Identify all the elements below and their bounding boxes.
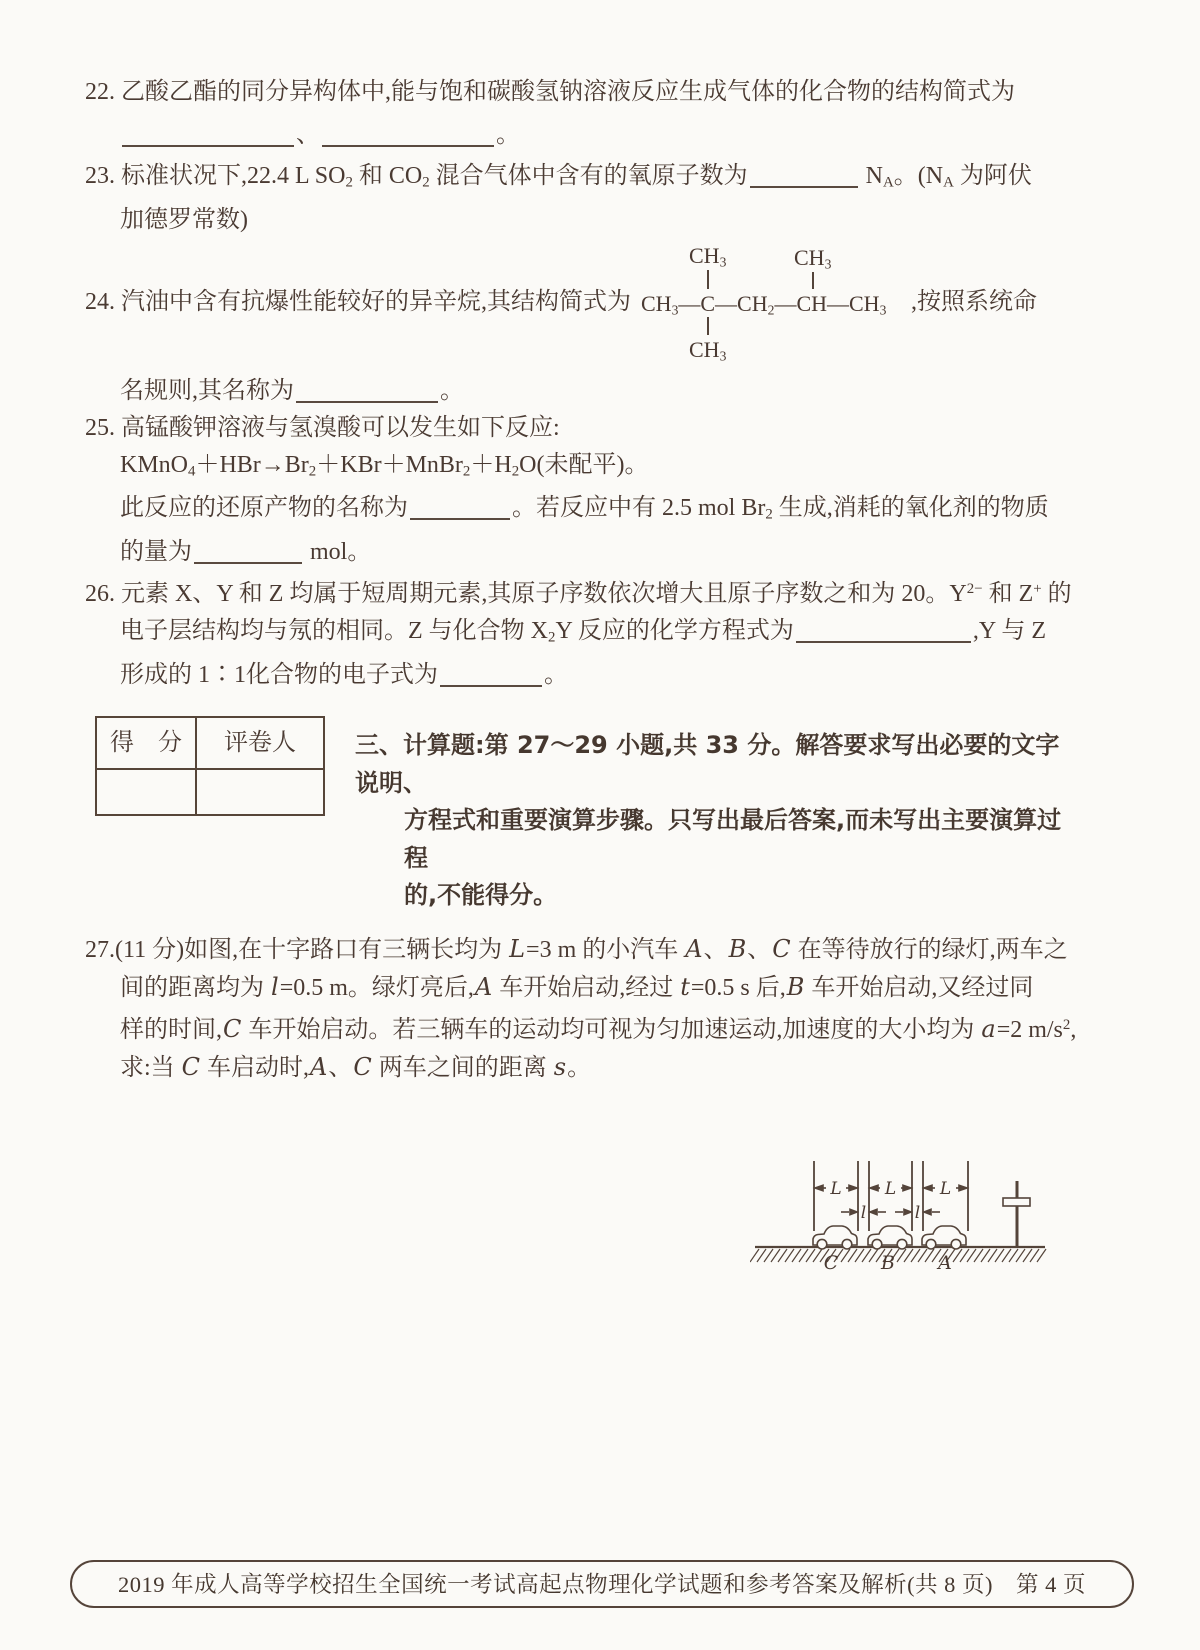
question-25-line-1: 25. 高锰酸钾溶液与氢溴酸可以发生如下反应: xyxy=(85,410,1125,447)
question-27-line-3: 样的时间,C 车开始启动。若三辆车的运动均可视为匀加速运动,加速度的大小均为 a… xyxy=(85,1007,1125,1049)
score-box: 得 分 评卷人 xyxy=(95,716,325,816)
length-labels: L L L xyxy=(829,1179,951,1199)
length-label: L xyxy=(884,1179,896,1199)
answer-blank xyxy=(750,181,858,188)
answer-blank xyxy=(296,396,438,403)
answer-blank xyxy=(796,636,971,643)
isooctane-formula: CH3 CH3 CH3—C—CH2—CH—CH3 CH3 xyxy=(641,245,901,361)
question-24-line-1: 24. 汽油中含有抗爆性能较好的异辛烷,其结构简式为 CH3 CH3 CH3—C… xyxy=(85,233,1125,373)
section-3-header: 三、计算题:第 27～29 小题,共 33 分。解答要求写出必要的文字说明、 方… xyxy=(355,727,1075,915)
question-24-text-before: 24. 汽油中含有抗爆性能较好的异辛烷,其结构简式为 xyxy=(85,284,631,321)
length-label: L xyxy=(939,1179,951,1199)
car-a-icon xyxy=(922,1226,966,1249)
question-22-answer-blanks: 、。 xyxy=(85,117,1125,154)
question-25-line-3: 此反应的还原产物的名称为。若反应中有 2.5 mol Br2 生成,消耗的氧化剂… xyxy=(85,490,1125,534)
question-27: 27.(11 分)如图,在十字路口有三辆长均为 L=3 m 的小汽车 A、B、C… xyxy=(85,931,1125,1087)
question-26-line-3: 形成的 1∶1化合物的电子式为。 xyxy=(85,657,1125,694)
section-3-header-line: 的,不能得分。 xyxy=(355,877,1075,915)
formula-main-chain: CH3—C—CH2—CH—CH3 xyxy=(641,293,886,317)
reaction-equation: KMnO4＋HBr→Br2＋KBr＋MnBr2＋H2O(未配平)。 xyxy=(85,447,1125,491)
question-23: 23. 标准状况下,22.4 L SO2 和 CO2 混合气体中含有的氧原子数为… xyxy=(85,158,1125,239)
question-25: 25. 高锰酸钾溶液与氢溴酸可以发生如下反应: KMnO4＋HBr→Br2＋KB… xyxy=(85,410,1125,571)
length-label: L xyxy=(829,1179,841,1199)
page-footer: 2019 年成人高等学校招生全国统一考试高起点物理化学试题和参考答案及解析(共 … xyxy=(70,1560,1134,1608)
section-3-header-line: 方程式和重要演算步骤。只写出最后答案,而未写出主要演算过程 xyxy=(355,802,1075,877)
bond-line xyxy=(812,272,814,289)
question-22: 22. 乙酸乙酯的同分异构体中,能与饱和碳酸氢钠溶液反应生成气体的化合物的结构简… xyxy=(85,74,1125,154)
question-23-line-1: 23. 标准状况下,22.4 L SO2 和 CO2 混合气体中含有的氧原子数为… xyxy=(85,158,1125,202)
traffic-light-pole xyxy=(1003,1181,1030,1247)
question-26: 26. 元素 X、Y 和 Z 均属于短周期元素,其原子序数依次增大且原子序数之和… xyxy=(85,571,1125,694)
bond-line xyxy=(707,317,709,335)
question-27-line-2: 间的距离均为 l=0.5 m。绿灯亮后,A 车开始启动,经过 t=0.5 s 后… xyxy=(85,969,1125,1007)
answer-blank xyxy=(440,680,542,687)
question-26-line-1: 26. 元素 X、Y 和 Z 均属于短周期元素,其原子序数依次增大且原子序数之和… xyxy=(85,571,1125,613)
answer-blank xyxy=(322,140,494,147)
question-27-line-1: 27.(11 分)如图,在十字路口有三辆长均为 L=3 m 的小汽车 A、B、C… xyxy=(85,931,1125,969)
page-content: 22. 乙酸乙酯的同分异构体中,能与饱和碳酸氢钠溶液反应生成气体的化合物的结构简… xyxy=(85,74,1125,1277)
grader-label-cell: 评卷人 xyxy=(196,717,324,769)
car-label-b: B xyxy=(880,1252,895,1274)
question-25-line-4: 的量为 mol。 xyxy=(85,534,1125,571)
question-27-line-4: 求:当 C 车启动时,A、C 两车之间的距离 s。 xyxy=(85,1049,1125,1087)
gap-label: l xyxy=(915,1203,920,1223)
car-labels: C B A xyxy=(824,1252,952,1274)
question-24-text-after: ,按照系统命 xyxy=(911,284,1037,321)
grader-empty-cell xyxy=(196,769,324,815)
formula-top-right-methyl: CH3 xyxy=(794,247,831,271)
question-24: 24. 汽油中含有抗爆性能较好的异辛烷,其结构简式为 CH3 CH3 CH3—C… xyxy=(85,233,1125,410)
footer-text: 2019 年成人高等学校招生全国统一考试高起点物理化学试题和参考答案及解析(共 … xyxy=(118,1566,1086,1603)
answer-blank xyxy=(410,513,510,520)
answer-blank xyxy=(194,557,302,564)
formula-bottom-methyl: CH3 xyxy=(689,339,726,363)
car-b-icon xyxy=(868,1226,912,1249)
car-label-a: A xyxy=(936,1252,952,1274)
score-empty-cell xyxy=(96,769,196,815)
question-26-line-2: 电子层结构均与氖的相同。Z 与化合物 X2Y 反应的化学方程式为,Y 与 Z xyxy=(85,613,1125,657)
bond-line xyxy=(707,270,709,289)
car-label-c: C xyxy=(824,1252,839,1274)
car-c-icon xyxy=(813,1226,857,1249)
score-label-cell: 得 分 xyxy=(96,717,196,769)
traffic-diagram: L L L l l xyxy=(750,1099,1050,1277)
exam-page: 22. 乙酸乙酯的同分异构体中,能与饱和碳酸氢钠溶液反应生成气体的化合物的结构简… xyxy=(0,0,1200,1650)
gap-label: l xyxy=(861,1203,866,1223)
section-3-header-line: 三、计算题:第 27～29 小题,共 33 分。解答要求写出必要的文字说明、 xyxy=(355,727,1075,802)
ground-hatching xyxy=(750,1249,1046,1262)
gap-dimension-arrows xyxy=(841,1209,940,1214)
question-24-line-2: 名规则,其名称为。 xyxy=(85,373,1125,410)
section-3-row: 得 分 评卷人 三、计算题:第 27～29 小题,共 33 分。解答要求写出必要… xyxy=(85,716,1125,915)
answer-blank xyxy=(122,140,294,147)
question-22-line-1: 22. 乙酸乙酯的同分异构体中,能与饱和碳酸氢钠溶液反应生成气体的化合物的结构简… xyxy=(85,74,1125,111)
formula-top-left-methyl: CH3 xyxy=(689,245,726,269)
